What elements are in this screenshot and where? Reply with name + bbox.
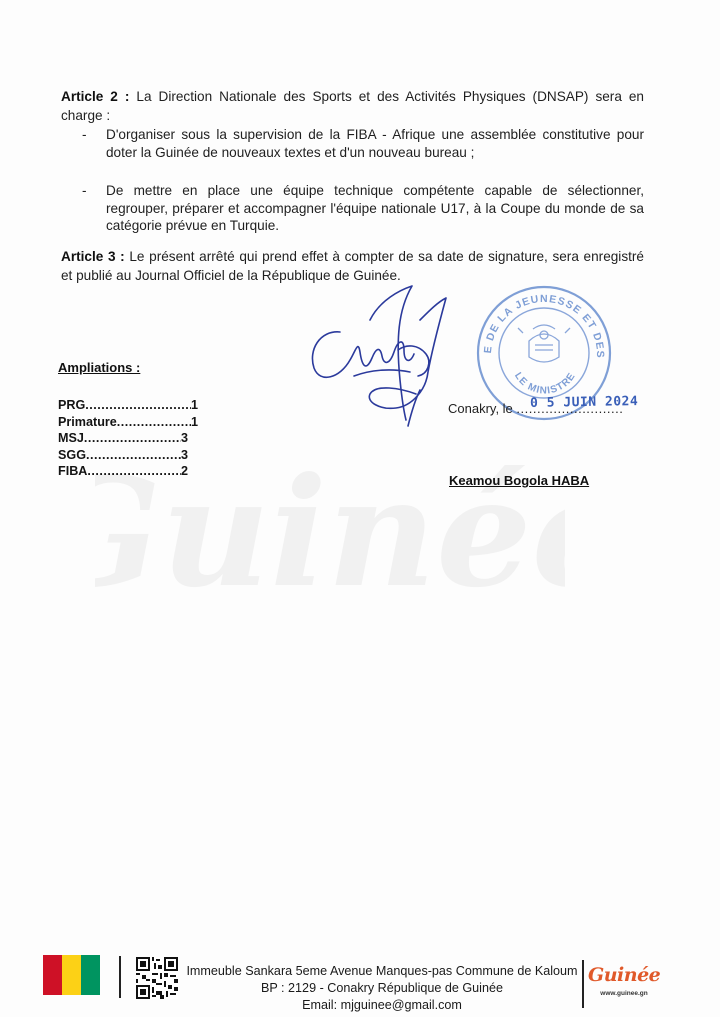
article-2-intro: Article 2 : La Direction Nationale des S… bbox=[61, 88, 644, 125]
bullet-text: De mettre en place une équipe technique … bbox=[106, 182, 644, 235]
footer-address: Immeuble Sankara 5eme Avenue Manques-pas… bbox=[185, 963, 579, 1014]
article-3-label: Article 3 : bbox=[61, 249, 125, 264]
footer-address-line: BP : 2129 - Conakry République de Guinée bbox=[185, 980, 579, 997]
flag-stripe bbox=[62, 955, 81, 995]
ampliation-dots: ...................................... bbox=[85, 397, 191, 414]
footer-divider bbox=[119, 956, 121, 998]
ampliation-dots: ........................................… bbox=[86, 447, 181, 464]
footer-address-line: Immeuble Sankara 5eme Avenue Manques-pas… bbox=[185, 963, 579, 980]
ampliation-row: PRG ....................................… bbox=[58, 397, 198, 414]
ampliation-count: 3 bbox=[181, 430, 188, 447]
document-page: Guinée Article 2 : La Direction National… bbox=[0, 0, 720, 1017]
ampliation-label: FIBA bbox=[58, 463, 87, 480]
ampliation-dots: ...................................... bbox=[87, 463, 181, 480]
bullet-dash: - bbox=[82, 126, 102, 144]
qr-code-icon bbox=[136, 957, 178, 999]
ampliation-label: Primature bbox=[58, 414, 117, 431]
article-3-text: Le présent arrêté qui prend effet à comp… bbox=[61, 249, 644, 283]
date-stamp: 0 5 JUIN 2024 bbox=[530, 394, 638, 411]
ampliation-dots: ........................................… bbox=[84, 430, 181, 447]
signatory-name: Keamou Bogola HABA bbox=[449, 473, 589, 488]
guinea-flag-icon bbox=[43, 955, 100, 995]
ampliation-row: SGG.....................................… bbox=[58, 447, 188, 464]
article-2-label: Article 2 : bbox=[61, 89, 129, 104]
ampliation-row: MSJ.....................................… bbox=[58, 430, 188, 447]
svg-text:MINISTERE DE LA JEUNESSE ET DE: MINISTERE DE LA JEUNESSE ET DES SPORTS bbox=[473, 283, 606, 359]
ampliation-label: PRG bbox=[58, 397, 85, 414]
ampliation-label: MSJ bbox=[58, 430, 84, 447]
ampliations-title: Ampliations : bbox=[58, 360, 140, 375]
bullet-text: D'organiser sous la supervision de la FI… bbox=[106, 126, 644, 161]
article-2-text: La Direction Nationale des Sports et des… bbox=[61, 89, 644, 123]
ampliation-dots: ...................................... bbox=[117, 414, 191, 431]
handwritten-signature bbox=[300, 280, 470, 430]
ampliation-label: SGG bbox=[58, 447, 86, 464]
ampliations-list: PRG ....................................… bbox=[58, 397, 198, 480]
flag-stripe bbox=[43, 955, 62, 995]
footer-email: Email: mjguinee@gmail.com bbox=[185, 997, 579, 1014]
bullet-dash: - bbox=[82, 182, 102, 200]
logo-url: www.guinee.gn bbox=[588, 990, 660, 997]
flag-stripe bbox=[81, 955, 100, 995]
ampliation-count: 3 bbox=[181, 447, 188, 464]
footer-divider bbox=[582, 960, 584, 1008]
ampliation-row: Primature ..............................… bbox=[58, 414, 198, 431]
place-label: Conakry, le bbox=[448, 401, 516, 416]
logo-wordmark: Guinée bbox=[588, 964, 660, 986]
ampliation-row: FIBA ...................................… bbox=[58, 463, 188, 480]
guinee-logo: Guinée www.guinee.gn bbox=[588, 960, 668, 1008]
ampliation-count: 1 bbox=[191, 397, 198, 414]
ampliation-count: 2 bbox=[181, 463, 188, 480]
ampliation-count: 1 bbox=[191, 414, 198, 431]
